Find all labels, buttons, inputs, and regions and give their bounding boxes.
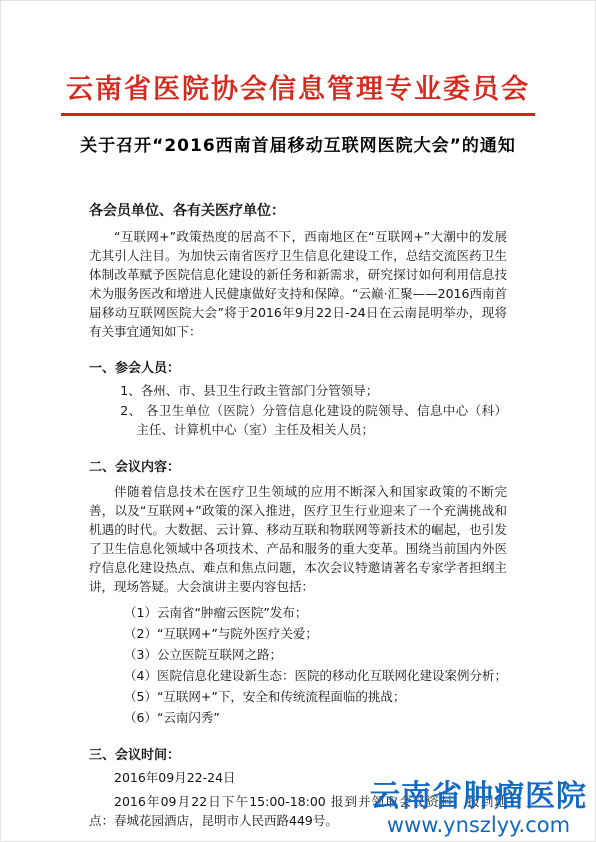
- hospital-watermark: 云南省肿瘤医院 www.ynszlyy.com: [370, 781, 587, 837]
- organization-title: 云南省医院协会信息管理专业委员会: [61, 67, 535, 116]
- attendees-list: 1、各州、市、县卫生行政主管部门分管领导； 2、 各卫生单位（医院）分管信息化建…: [89, 381, 507, 440]
- list-item: （1）云南省“肿瘤云医院”发布；: [124, 602, 507, 623]
- hospital-website: www.ynszlyy.com: [370, 813, 587, 837]
- salutation: 各会员单位、各有关医疗单位：: [89, 200, 507, 220]
- document-page: 云南省医院协会信息管理专业委员会 关于召开“2016西南首届移动互联网医院大会”…: [0, 0, 596, 842]
- section-heading-schedule: 三、会议时间：: [89, 744, 507, 763]
- list-item: （6）“云南闪秀”: [124, 707, 507, 728]
- list-item: 2、 各卫生单位（医院）分管信息化建设的院领导、信息中心（科）主任、计算机中心（…: [137, 401, 508, 440]
- notice-title: 关于召开“2016西南首届移动互联网医院大会”的通知: [1, 131, 595, 156]
- document-body: 各会员单位、各有关医疗单位： “互联网+”政策热度的居高不下，西南地区在“互联网…: [1, 200, 595, 830]
- agenda-topics-list: （1）云南省“肿瘤云医院”发布； （2）“互联网+”与院外医疗关爱； （3）公立…: [89, 602, 507, 728]
- list-item: （3）公立医院互联网之路；: [124, 644, 507, 665]
- list-item: （5）“互联网+”下，安全和传统流程面临的挑战；: [124, 686, 507, 707]
- section-heading-attendees: 一、参会人员：: [89, 357, 507, 376]
- list-item: 1、各州、市、县卫生行政主管部门分管领导；: [137, 381, 508, 401]
- list-item: （4）医院信息化建设新生态：医院的移动化互联网化建设案例分析；: [124, 665, 507, 686]
- agenda-paragraph: 伴随着信息技术在医疗卫生领域的应用不断深入和国家政策的不断完善，以及“互联网+”…: [89, 482, 507, 596]
- intro-paragraph: “互联网+”政策热度的居高不下，西南地区在“互联网+”大潮中的发展尤其引人注目。…: [89, 227, 507, 341]
- list-item: （2）“互联网+”与院外医疗关爱；: [124, 623, 507, 644]
- section-heading-agenda: 二、会议内容：: [89, 456, 507, 475]
- hospital-name: 云南省肿瘤医院: [370, 781, 587, 813]
